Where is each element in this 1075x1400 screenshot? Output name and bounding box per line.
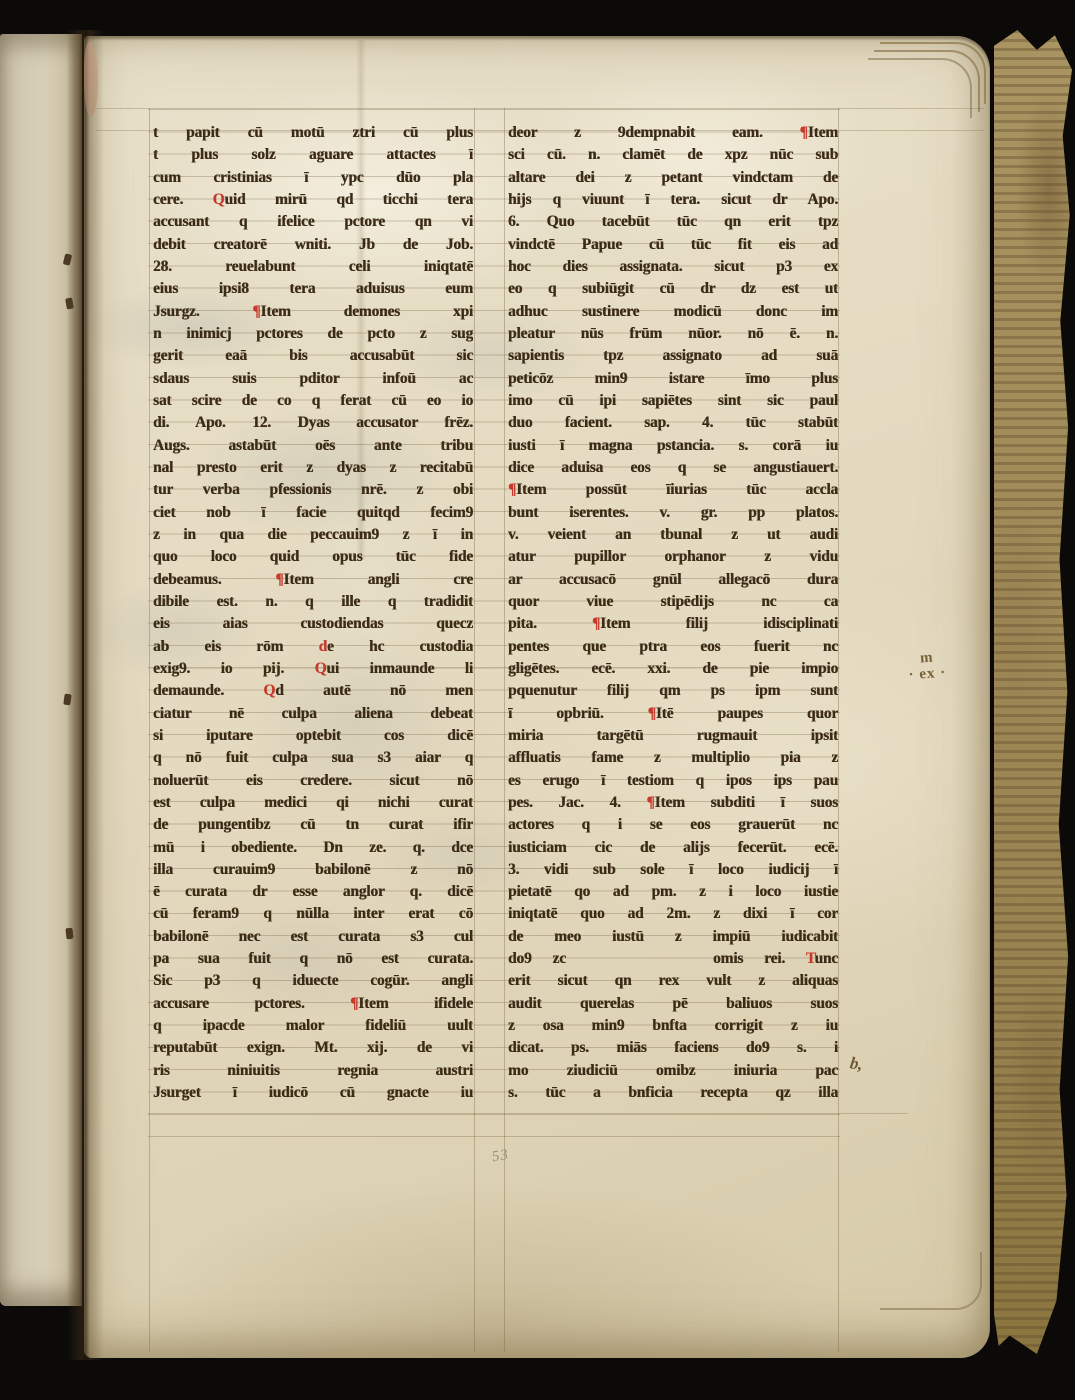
text-line: pquenutur filij qm ps ipm sunt xyxy=(508,680,838,702)
text-line: accusant q ifelice pctore qn vi xyxy=(153,211,473,233)
text-line: di. Apo. 12. Dyas accusator frēz. xyxy=(153,412,473,434)
rubric-mark: ¶ xyxy=(275,571,283,588)
text-line: nal presto erit z dyas z recitabū xyxy=(153,457,473,479)
text-line: actores q i se eos grauerūt nc xyxy=(508,814,838,836)
text-line: hijs q viuunt ī tera. sicut dr Apo. xyxy=(508,189,838,211)
text-line: adhuc sustinere modicū donc im xyxy=(508,301,838,323)
text-line: pentes que ptra eos fuerit nc xyxy=(508,636,838,658)
text-line: altare dei z petant vindctam de xyxy=(508,167,838,189)
text-line: gerit eaā bis accusabūt sic xyxy=(153,345,473,367)
text-line: eo q subiūgit cū dr dz est ut xyxy=(508,278,838,300)
text-line: pietatē qo ad pm. z i loco iustie xyxy=(508,881,838,903)
text-line: dicat. ps. miās faciens do9 s. i xyxy=(508,1037,838,1059)
text-line: es erugo ī testiom q ipos ips pau xyxy=(508,770,838,792)
text-line: 3. vidi sub sole ī loco iudicij ī xyxy=(508,859,838,881)
text-line: do9 zc omis rei. Tunc xyxy=(508,948,838,970)
text-line: q ipacde malor fideliū uult xyxy=(153,1015,473,1037)
text-line: sat scire de co q ferat cū eo io xyxy=(153,390,473,412)
text-line: eis aias custodiendas quecz xyxy=(153,613,473,635)
text-line: de meo iustū z impiū iudicabit xyxy=(508,926,838,948)
text-line: sdaus suis pditor infoū ac xyxy=(153,368,473,390)
text-line: ar accusacō gnūl allegacō dura xyxy=(508,569,838,591)
text-line: peticōz min9 istare īmo plus xyxy=(508,368,838,390)
text-line: cū feram9 q nūlla inter erat cō xyxy=(153,903,473,925)
rubric-mark: ¶ xyxy=(350,995,358,1012)
text-line: bunt iserentes. v. gr. pp platos. xyxy=(508,502,838,524)
text-line: imo cū ipi sapiētes sint sic paul xyxy=(508,390,838,412)
text-line: babilonē nec est curata s3 cul xyxy=(153,926,473,948)
text-line: cum cristinias ī ypc dūo pla xyxy=(153,167,473,189)
rubric-mark: ¶ xyxy=(592,615,600,632)
margin-note-line: · ex · xyxy=(908,665,947,684)
rubric-mark: ¶ xyxy=(648,705,656,722)
text-line: est culpa medici qi nichi curat xyxy=(153,792,473,814)
text-line: debit creatorē wniti. Jb de Job. xyxy=(153,234,473,256)
text-line: v. veient an tbunal z ut audi xyxy=(508,524,838,546)
text-line: miria targētū rugmauit ipsit xyxy=(508,725,838,747)
text-line: debeamus. ¶Item angli cre xyxy=(153,569,473,591)
text-line: quo loco quid opus tūc fide xyxy=(153,546,473,568)
text-column-right: deor z 9dempnabit eam. ¶Itemsci cū. n. c… xyxy=(508,122,838,1104)
text-line: mū i obediente. Dn ze. q. dce xyxy=(153,837,473,859)
rubric-mark: ¶ xyxy=(252,303,260,320)
text-line: ē curata dr esse anglor q. dicē xyxy=(153,881,473,903)
rubric-mark: ¶ xyxy=(800,124,808,141)
text-line: sci cū. n. clamēt de xpz nūc sub xyxy=(508,144,838,166)
text-line: ciatur nē culpa aliena debeat xyxy=(153,703,473,725)
text-line: si iputare optebit cos dicē xyxy=(153,725,473,747)
text-line: mo ziudiciū omibz iniuria pac xyxy=(508,1060,838,1082)
text-line: 6. Quo tacebūt tūc qn erit tpz xyxy=(508,211,838,233)
text-line: Sic p3 q iduecte cogūr. angli xyxy=(153,970,473,992)
text-line: noluerūt eis credere. sicut nō xyxy=(153,770,473,792)
text-line: de pungentibz cū tn curat ifir xyxy=(153,814,473,836)
text-line: t papit cū motū ztri cū plus xyxy=(153,122,473,144)
text-line: demaunde. Qd autē nō men xyxy=(153,680,473,702)
text-line: affluatis fame z multiplio pia z xyxy=(508,747,838,769)
text-line: hoc dies assignata. sicut p3 ex xyxy=(508,256,838,278)
rubric-mark: Q xyxy=(315,660,327,677)
text-line: exig9. io pij. Qui inmaunde li xyxy=(153,658,473,680)
text-line: iusticiam cic de alijs fecerūt. ecē. xyxy=(508,837,838,859)
text-line: quor viue stipēdijs nc ca xyxy=(508,591,838,613)
text-line: erit sicut qn rex vult z aliquas xyxy=(508,970,838,992)
text-line: sapientis tpz assignato ad suā xyxy=(508,345,838,367)
text-line: z osa min9 bnfta corrigit z iu xyxy=(508,1015,838,1037)
text-line: pes. Jac. 4. ¶Item subditi ī suos xyxy=(508,792,838,814)
text-line: s. tūc a bnficia recepta qz illa xyxy=(508,1082,838,1104)
text-line: z in qua die peccauim9 z ī in xyxy=(153,524,473,546)
text-line: gligētes. ecē. xxi. de pie impio xyxy=(508,658,838,680)
text-line: dibile est. n. q ille q tradidit xyxy=(153,591,473,613)
rubric-mark: ¶ xyxy=(646,794,654,811)
margin-note: m · ex · xyxy=(907,649,947,684)
rubric-mark: Q xyxy=(213,191,225,208)
text-line: audit querelas pē baliuos suos xyxy=(508,993,838,1015)
text-line: q nō fuit culpa sua s3 aiar q xyxy=(153,747,473,769)
text-line: deor z 9dempnabit eam. ¶Item xyxy=(508,122,838,144)
fore-edge-page-stack xyxy=(994,30,1072,1354)
binding-gutter xyxy=(66,30,104,1360)
text-line: duo facient. sap. 4. tūc stabūt xyxy=(508,412,838,434)
text-line: ris niniuitis regnia austri xyxy=(153,1060,473,1082)
text-line: t plus solz aguare attactes ī xyxy=(153,144,473,166)
folio-number: 53 xyxy=(491,1147,511,1167)
text-line: 28. reuelabunt celi iniqtatē xyxy=(153,256,473,278)
text-line: eius ipsi8 tera aduisus eum xyxy=(153,278,473,300)
text-line: illa curauim9 babilonē z nō xyxy=(153,859,473,881)
text-line: vindctē Papue cū tūc fit eis ad xyxy=(508,234,838,256)
text-line: ab eis rōm de hc custodia xyxy=(153,636,473,658)
text-line: ciet nob ī facie quitqd fecim9 xyxy=(153,502,473,524)
text-line: dice aduisa eos q se angustiauert. xyxy=(508,457,838,479)
rubric-mark: d xyxy=(319,638,327,655)
text-line: tur verba pfessionis nrē. z obi xyxy=(153,479,473,501)
text-line: Jsurgz. ¶Item demones xpi xyxy=(153,301,473,323)
text-line: cere. Quid mirū qd ticchi tera xyxy=(153,189,473,211)
text-line: accusare pctores. ¶Item ifidele xyxy=(153,993,473,1015)
text-column-left: t papit cū motū ztri cū plust plus solz … xyxy=(153,122,473,1104)
text-line: ¶Item possūt īiurias tūc accla xyxy=(508,479,838,501)
rubric-mark: Q xyxy=(263,682,275,699)
manuscript-photo: t papit cū motū ztri cū plust plus solz … xyxy=(0,0,1075,1400)
text-line: iniqtatē quo ad 2m. z dixi ī cor xyxy=(508,903,838,925)
rubric-mark: T xyxy=(806,950,815,967)
text-line: ī opbriū. ¶Itē paupes quor xyxy=(508,703,838,725)
text-line: pleatur nūs frūm nūor. nō ē. n. xyxy=(508,323,838,345)
text-line: Augs. astabūt oēs ante tribu xyxy=(153,435,473,457)
text-line: iusti ī magna pstancia. s. corā iu xyxy=(508,435,838,457)
rubric-mark: ¶ xyxy=(508,481,516,498)
text-line: reputabūt exign. Mt. xij. de vi xyxy=(153,1037,473,1059)
text-line: pa sua fuit q nō est curata. xyxy=(153,948,473,970)
text-line: Jsurget ī iudicō cū gnacte iu xyxy=(153,1082,473,1104)
text-line: pita. ¶Item filij idisciplinati xyxy=(508,613,838,635)
text-line: atur pupillor orphanor z vidu xyxy=(508,546,838,568)
text-line: n inimicj pctores de pcto z sug xyxy=(153,323,473,345)
